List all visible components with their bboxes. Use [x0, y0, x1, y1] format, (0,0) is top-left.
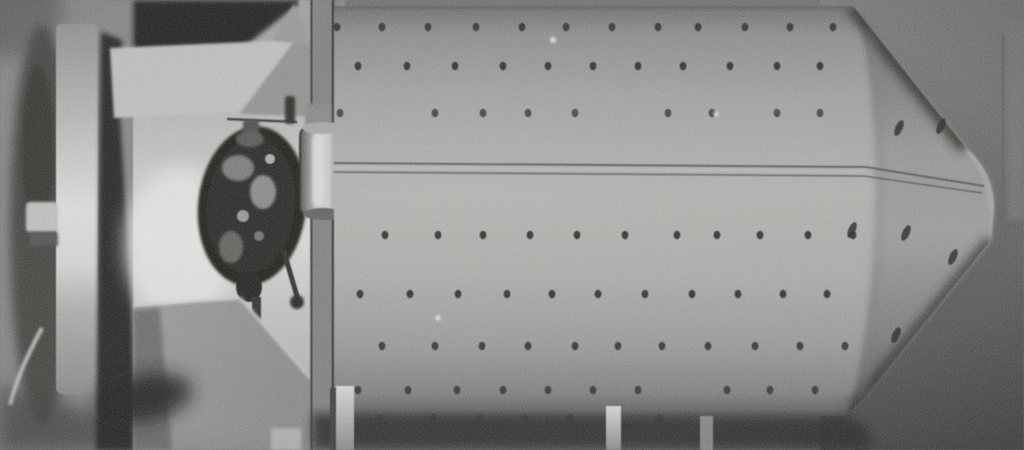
photo-frame: [0, 0, 1024, 450]
photo-canvas: [0, 0, 1024, 450]
film-grain-contrast: [0, 0, 1024, 450]
